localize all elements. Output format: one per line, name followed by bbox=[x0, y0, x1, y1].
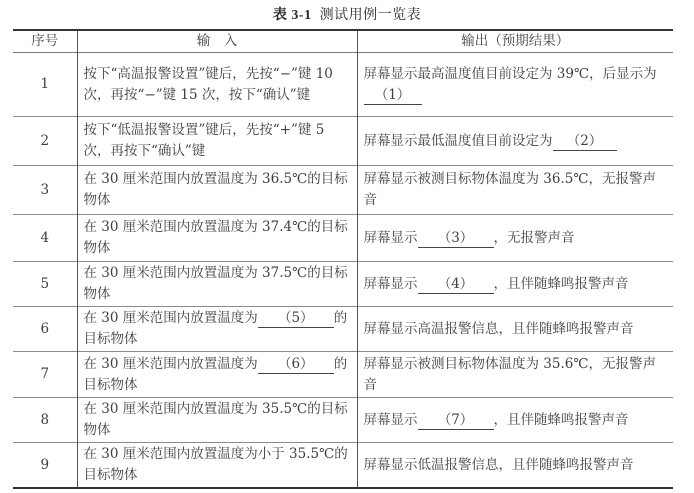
answer-blank-2: （2） bbox=[553, 133, 617, 151]
header-seq: 序号 bbox=[13, 30, 77, 53]
row-output: 屏幕显示被测目标物体温度为 36.5℃，无报警声音 bbox=[357, 166, 673, 215]
row-seq: 1 bbox=[13, 53, 77, 117]
row-output: 屏幕显示高温报警信息，且伴随蜂鸣报警声音 bbox=[357, 307, 673, 352]
row-seq: 3 bbox=[13, 166, 77, 215]
table-header-row: 序号 输 入 输出（预期结果） bbox=[13, 30, 673, 53]
row-output: 屏幕显示最高温度值目前设定为 39℃，后显示为 （1） bbox=[357, 53, 673, 117]
test-case-table: 序号 输 入 输出（预期结果） 1 按下“高温报警设置”键后，先按“−”键 10… bbox=[13, 29, 673, 489]
row-seq: 4 bbox=[13, 215, 77, 262]
table-row: 3 在 30 厘米范围内放置温度为 36.5℃的目标物体 屏幕显示被测目标物体温… bbox=[13, 166, 673, 215]
answer-blank-4: （4） bbox=[418, 276, 494, 294]
row-input: 在 30 厘米范围内放置温度为 35.5℃的目标物体 bbox=[77, 398, 357, 443]
table-row: 5 在 30 厘米范围内放置温度为 37.5℃的目标物体 屏幕显示（4），且伴随… bbox=[13, 262, 673, 307]
row-input: 在 30 厘米范围内放置温度为（6）的目标物体 bbox=[77, 352, 357, 398]
answer-blank-1: （1） bbox=[364, 87, 422, 105]
row-input: 按下“高温报警设置”键后，先按“−”键 10 次，再按“−”键 15 次，按下“… bbox=[77, 53, 357, 117]
row-seq: 9 bbox=[13, 443, 77, 489]
row-input: 按下“低温报警设置”键后，先按“+”键 5 次，再按下“确认”键 bbox=[77, 117, 357, 166]
row-seq: 2 bbox=[13, 117, 77, 166]
row-output: 屏幕显示被测目标物体温度为 35.6℃，无报警声音 bbox=[357, 352, 673, 398]
row-output: 屏幕显示（3），无报警声音 bbox=[357, 215, 673, 262]
row-input: 在 30 厘米范围内放置温度为 37.4℃的目标物体 bbox=[77, 215, 357, 262]
table-title: 测试用例一览表 bbox=[320, 7, 422, 23]
row-input: 在 30 厘米范围内放置温度为（5）的目标物体 bbox=[77, 307, 357, 352]
table-row: 1 按下“高温报警设置”键后，先按“−”键 10 次，再按“−”键 15 次，按… bbox=[13, 53, 673, 117]
table-row: 7 在 30 厘米范围内放置温度为（6）的目标物体 屏幕显示被测目标物体温度为 … bbox=[13, 352, 673, 398]
answer-blank-7: （7） bbox=[418, 412, 494, 430]
row-output: 屏幕显示（7），且伴随蜂鸣报警声音 bbox=[357, 398, 673, 443]
row-seq: 8 bbox=[13, 398, 77, 443]
row-seq: 7 bbox=[13, 352, 77, 398]
row-seq: 5 bbox=[13, 262, 77, 307]
row-input: 在 30 厘米范围内放置温度为 37.5℃的目标物体 bbox=[77, 262, 357, 307]
row-input: 在 30 厘米范围内放置温度为小于 35.5℃的目标物体 bbox=[77, 443, 357, 489]
table-row: 6 在 30 厘米范围内放置温度为（5）的目标物体 屏幕显示高温报警信息，且伴随… bbox=[13, 307, 673, 352]
table-row: 4 在 30 厘米范围内放置温度为 37.4℃的目标物体 屏幕显示（3），无报警… bbox=[13, 215, 673, 262]
row-output: 屏幕显示最低温度值目前设定为（2） bbox=[357, 117, 673, 166]
header-output: 输出（预期结果） bbox=[357, 30, 673, 53]
row-input: 在 30 厘米范围内放置温度为 36.5℃的目标物体 bbox=[77, 166, 357, 215]
table-row: 2 按下“低温报警设置”键后，先按“+”键 5 次，再按下“确认”键 屏幕显示最… bbox=[13, 117, 673, 166]
header-input: 输 入 bbox=[77, 30, 357, 53]
row-seq: 6 bbox=[13, 307, 77, 352]
answer-blank-5: （5） bbox=[258, 310, 334, 328]
table-row: 8 在 30 厘米范围内放置温度为 35.5℃的目标物体 屏幕显示（7），且伴随… bbox=[13, 398, 673, 443]
table-row: 9 在 30 厘米范围内放置温度为小于 35.5℃的目标物体 屏幕显示低温报警信… bbox=[13, 443, 673, 489]
table-caption: 表 3-1测试用例一览表 bbox=[0, 4, 694, 24]
table-number: 表 3-1 bbox=[273, 8, 312, 23]
answer-blank-6: （6） bbox=[258, 356, 334, 374]
row-output: 屏幕显示（4），且伴随蜂鸣报警声音 bbox=[357, 262, 673, 307]
row-output: 屏幕显示低温报警信息，且伴随蜂鸣报警声音 bbox=[357, 443, 673, 489]
answer-blank-3: （3） bbox=[418, 230, 494, 248]
